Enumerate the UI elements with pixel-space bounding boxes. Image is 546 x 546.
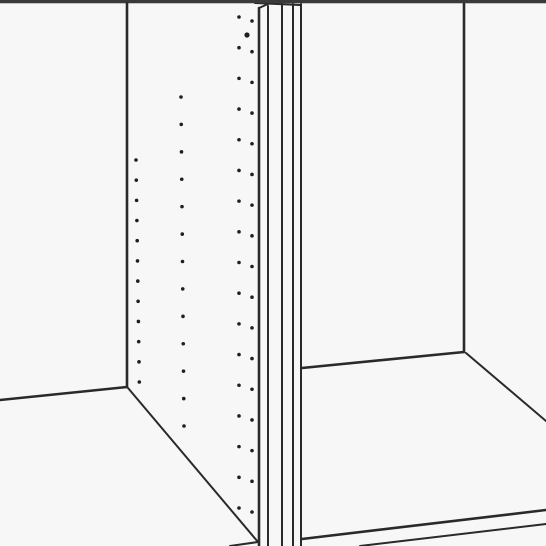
shelf-pin-hole — [180, 232, 184, 236]
shelf-pin-hole — [237, 230, 241, 234]
shelf-pin-hole — [237, 291, 241, 295]
shelf-pin-hole — [181, 315, 185, 319]
shelf-pin-hole — [138, 380, 142, 384]
shelf-pin-hole — [137, 340, 141, 344]
shelf-pin-hole — [237, 353, 241, 357]
shelf-pin-hole — [237, 322, 241, 326]
shelf-pin-hole — [250, 387, 254, 391]
right-cabinet — [302, 4, 546, 546]
shelf-pin-hole — [182, 424, 186, 428]
shelf-pin-hole — [181, 342, 185, 346]
left-cabinet — [0, 3, 258, 546]
shelf-pin-hole — [180, 205, 184, 209]
left-floor-back-edge — [0, 387, 127, 400]
shelf-pin-hole — [244, 32, 249, 37]
shelf-pin-hole — [237, 414, 241, 418]
shelf-pin-hole — [181, 260, 185, 264]
shelf-pin-hole — [237, 77, 241, 81]
shelf-pin-hole — [180, 150, 184, 154]
shelf-pin-hole — [250, 142, 254, 146]
shelf-pin-hole — [135, 178, 139, 182]
right-front-edge-bottom — [360, 524, 546, 546]
shelf-pin-hole — [179, 95, 183, 99]
shelf-pin-hole — [237, 383, 241, 387]
shelf-pin-hole — [250, 173, 254, 177]
shelf-pin-hole — [250, 418, 254, 422]
shelf-pin-hole — [250, 357, 254, 361]
shelf-pin-hole — [237, 445, 241, 449]
divider-panel — [259, 4, 301, 546]
shelf-pin-hole — [237, 261, 241, 265]
shelf-pin-hole — [182, 397, 186, 401]
shelf-pin-hole — [250, 295, 254, 299]
shelf-pin-hole — [135, 219, 139, 223]
cabinet-diagram: Cabinet interior line drawing — [0, 0, 546, 546]
shelf-pin-hole — [237, 107, 241, 111]
shelf-pin-hole — [237, 138, 241, 142]
shelf-pin-hole — [237, 46, 241, 50]
left-floor-side-edge — [128, 388, 258, 542]
shelf-pin-hole — [180, 177, 184, 181]
shelf-pin-hole — [250, 203, 254, 207]
shelf-pin-hole — [237, 199, 241, 203]
right-floor-back-edge — [302, 352, 464, 368]
shelf-pin-hole — [134, 158, 138, 162]
shelf-pin-hole — [250, 19, 254, 23]
shelf-pin-hole — [250, 480, 254, 484]
shelf-pin-hole — [182, 369, 186, 373]
shelf-pin-hole — [137, 360, 141, 364]
shelf-pin-hole — [135, 199, 139, 203]
shelf-pin-holes — [134, 15, 254, 514]
shelf-pin-hole — [250, 510, 254, 514]
shelf-pin-hole — [250, 111, 254, 115]
shelf-pin-hole — [136, 279, 140, 283]
right-floor-side-edge — [466, 353, 546, 421]
right-front-edge-top — [302, 510, 546, 539]
shelf-pin-hole — [250, 265, 254, 269]
shelf-pin-hole — [135, 239, 139, 243]
cabinet-illustration — [0, 0, 546, 546]
shelf-pin-hole — [250, 326, 254, 330]
shelf-pin-hole — [181, 287, 185, 291]
shelf-pin-hole — [237, 506, 241, 510]
shelf-pin-hole — [136, 299, 140, 303]
shelf-pin-hole — [250, 81, 254, 85]
shelf-pin-hole — [237, 169, 241, 173]
shelf-pin-hole — [137, 320, 141, 324]
shelf-pin-hole — [179, 123, 183, 127]
shelf-pin-hole — [237, 476, 241, 480]
shelf-pin-hole — [250, 234, 254, 238]
shelf-pin-hole — [136, 259, 140, 263]
shelf-pin-hole — [250, 449, 254, 453]
shelf-pin-hole — [250, 50, 254, 54]
shelf-pin-hole — [237, 15, 241, 19]
